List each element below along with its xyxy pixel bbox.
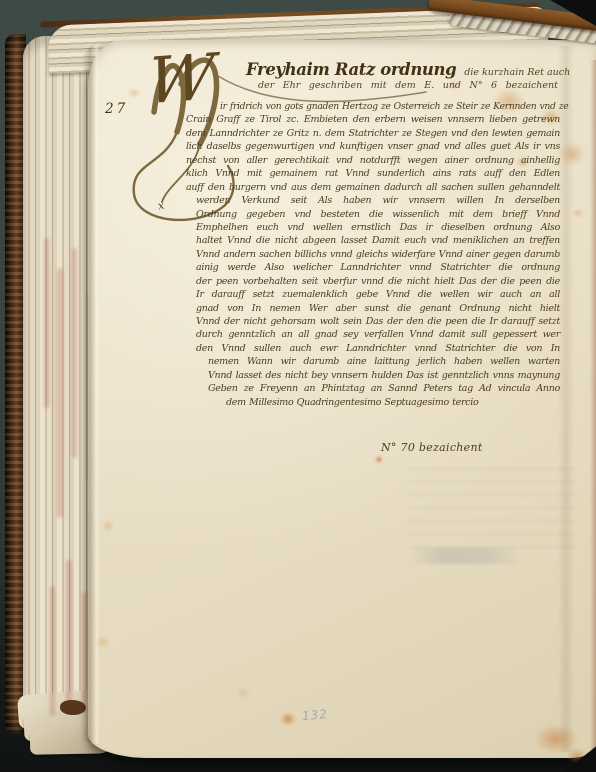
- heading-subtitle: der Ehr geschriben mit dem E. und N° 6 b…: [246, 80, 558, 91]
- folio-number: 27: [105, 101, 128, 117]
- manuscript-line: Vnnd lasset des nicht bey vnnsern hulden…: [186, 369, 560, 382]
- heading: Freyhaim Ratz ordnung die kurzhain Ret a…: [246, 60, 558, 91]
- manuscript-line: nemen Wann wir darumb aine laittung jerl…: [186, 355, 560, 368]
- manuscript-line: dem Lanndrichter ze Gritz n. dem Statric…: [186, 127, 560, 140]
- manuscript-line: den Vnnd sullen auch ewr Lanndrichter vn…: [186, 342, 560, 355]
- stain: [96, 636, 110, 648]
- manuscript-line: gnad von In nemen Wer aber sunst die gen…: [186, 302, 560, 315]
- red-edge-streak: [66, 560, 72, 710]
- manuscript-line: Emphelhen euch vnd wellen ernstlich Das …: [186, 221, 560, 234]
- red-edge-streak: [44, 238, 49, 408]
- manuscript-line: haltet Vnnd die nicht abgeen lasset Dami…: [186, 234, 560, 247]
- ink-showthrough: [408, 468, 576, 548]
- manuscript-line: der peen vorbehalten seit vberfur vnnd d…: [186, 275, 560, 288]
- manuscript-line: auff den burgern vnd aus dem gemainen da…: [186, 181, 560, 194]
- stain: [558, 142, 586, 166]
- heading-annotation: die kurzhain Ret auch: [464, 67, 570, 78]
- manuscript-line: werden Verkund seit Als haben wir vnnser…: [186, 194, 560, 207]
- manuscript-photo: Freyhaim Ratz ordnung die kurzhain Ret a…: [0, 0, 596, 772]
- stain: [128, 88, 140, 98]
- manuscript-line: klich Vnnd mit gemainem rat Vnnd sunderl…: [186, 167, 560, 180]
- manuscript-line: ir fridrich von gots gnaden Hertzog ze O…: [186, 100, 560, 113]
- red-edge-streak: [50, 586, 55, 716]
- stain: [280, 712, 296, 726]
- manuscript-line: nechst von aller gerechtikait vnd notdur…: [186, 154, 560, 167]
- red-edge-streak: [72, 248, 77, 458]
- manuscript-line: Vnnd der nicht gehorsam wolt sein Das de…: [186, 315, 560, 328]
- body-text: ir fridrich von gots gnaden Hertzog ze O…: [186, 100, 560, 409]
- manuscript-line: ainig werde Also welicher Lanndrichter v…: [186, 261, 560, 274]
- red-edge-streak: [57, 268, 63, 518]
- manuscript-line: Ordnung gegeben vnd besteten die wissenl…: [186, 208, 560, 221]
- stain: [572, 208, 584, 218]
- registry-note: N° 70 bezaichent: [381, 441, 483, 454]
- manuscript-line: Ir darauff setzt zuemalenklich gebe Vnnd…: [186, 288, 560, 301]
- manuscript-line: Geben ze Freyenn an Phintztag an Sannd P…: [186, 382, 560, 395]
- stain: [236, 688, 250, 698]
- heading-title: Freyhaim Ratz ordnung: [246, 60, 456, 79]
- manuscript-line: Crain Graff ze Tirol zc. Embieten den er…: [186, 113, 560, 126]
- stain: [375, 456, 383, 463]
- page-right-edge: [590, 60, 596, 750]
- ink-showthrough: [410, 548, 520, 564]
- manuscript-line: lich daselbs gegenwurtigen vnd kunftigen…: [186, 140, 560, 153]
- manuscript-line: Vnnd andern sachen billichs vnnd gleichs…: [186, 248, 560, 261]
- stain: [102, 520, 114, 532]
- pencil-foliation: 132: [301, 707, 328, 723]
- manuscript-line: durch genntzlich an all gnad sey verfall…: [186, 328, 560, 341]
- manuscript-line: dem Millesimo Quadringentesimo Septuages…: [186, 396, 560, 409]
